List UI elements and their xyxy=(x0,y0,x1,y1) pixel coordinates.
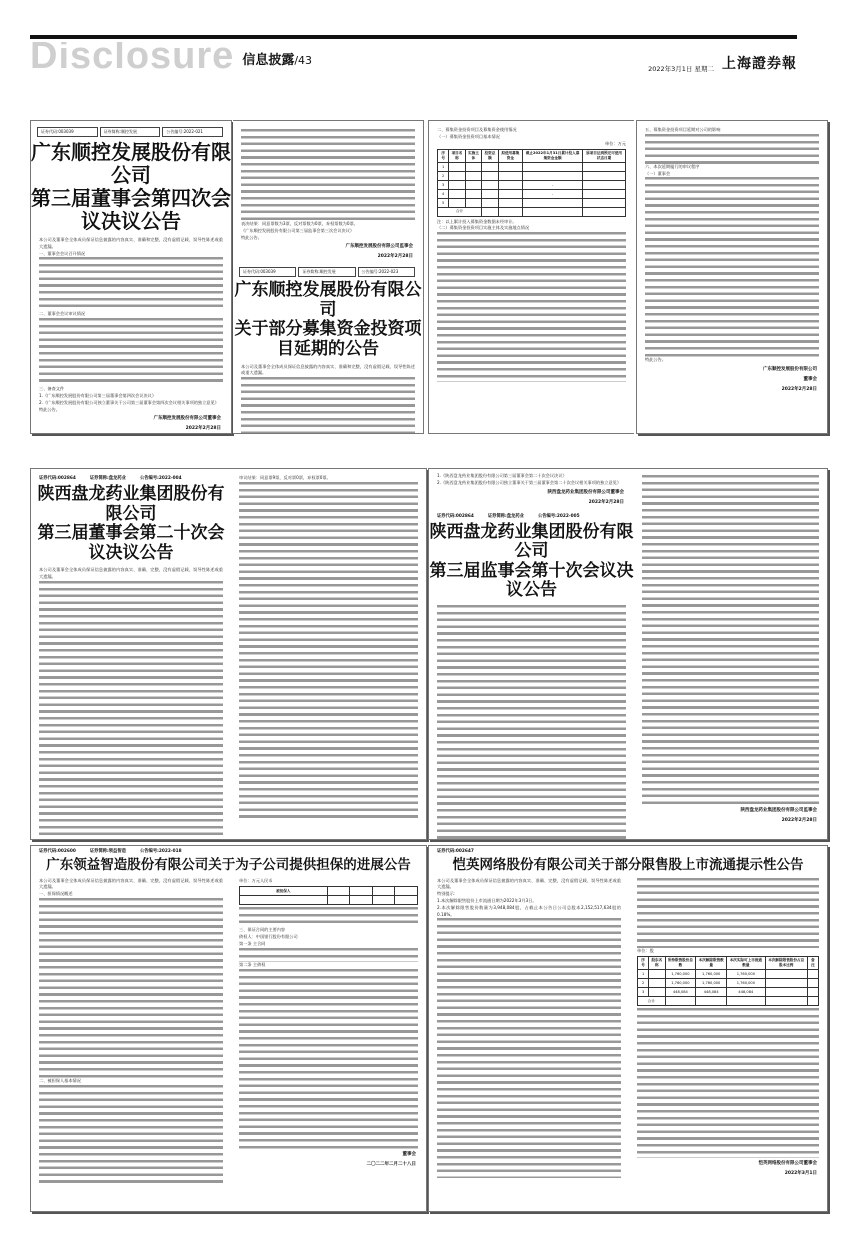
body-text xyxy=(637,1008,819,1158)
table-row: 2 xyxy=(438,171,626,180)
section-heading: 五、募集资金投资项目延期对公司的影响 xyxy=(637,127,827,134)
article-shunkong-board: 证券代码:003039证券简称:顺控发展公告编号:2022-021 广东顺控发展… xyxy=(30,120,232,434)
issue-date: 2022年3月1日 星期二 xyxy=(648,64,714,73)
table-row: 5 xyxy=(438,198,626,207)
body-text xyxy=(645,177,819,357)
headline: 广东领益智造股份有限公司关于为子公司提供担保的进展公告 xyxy=(31,858,426,874)
body-text xyxy=(437,232,626,382)
guarantee-table: 被担保人 xyxy=(239,886,418,905)
clause: 第二条 主债权 xyxy=(231,962,426,969)
article-panlong-board: 证券代码:002864证券简称:盘龙药业公告编号:2022-004 陕西盘龙药业… xyxy=(30,468,427,840)
paper-logo: 上海證券報 xyxy=(722,53,797,73)
headline: 恺英网络股份有限公司关于部分限售股上市流通提示性公告 xyxy=(429,858,827,874)
section-heading: 三、备查文件 xyxy=(31,386,231,393)
signature: 陕西盘龙药业集团股份有限公司监事会 xyxy=(634,805,827,815)
code-line: 证券代码:002864证券简称:盘龙药业公告编号:2022-005 xyxy=(437,513,626,519)
body-text xyxy=(239,907,418,927)
sign-date: 2022年2月28日 xyxy=(31,423,231,433)
creditor: 债权人：中国银行股份有限公司 xyxy=(231,934,426,941)
section-heading: 一、董事会会议召开情况 xyxy=(31,251,231,258)
code-bar: 证券代码:003039证券简称:顺控发展公告编号:2022-021 xyxy=(37,127,225,137)
closing: 特此公告。 xyxy=(233,235,423,242)
table-row xyxy=(240,896,418,905)
article-shunkong-project-table: 二、募集资金投资项目及募集资金使用情况 （一）募集资金投资项目基本情况 单位：万… xyxy=(428,120,634,434)
body-text xyxy=(642,475,819,805)
intro: 本公司及董事会全体成员保证信息披露的内容真实、准确和完整，没有虚假记载、误导性陈… xyxy=(31,237,231,251)
signature: 广东顺控发展股份有限公司监事会 xyxy=(233,241,423,251)
intro: 本公司及董事会全体成员保证信息披露的内容真实、准确和完整，没有虚假记载、误导性陈… xyxy=(233,364,423,378)
table-total-row: 合计 xyxy=(438,207,626,216)
body-text xyxy=(39,898,223,1078)
table-unit: 单位：万元 xyxy=(429,141,634,147)
body-text xyxy=(239,948,418,962)
sign-date: 2022年3月1日 xyxy=(629,1168,827,1178)
article-share-unlock: 证券代码:002647 恺英网络股份有限公司关于部分限售股上市流通提示性公告 本… xyxy=(428,845,828,1212)
sign-date: 2022年2月28日 xyxy=(637,384,827,394)
table-row: 11,760,0001,760,0001,760,000 xyxy=(638,970,819,979)
section-heading: （二）募集资金投资项目实施主体及实施地点情况 xyxy=(429,225,634,232)
table-total-row: 合计 xyxy=(638,997,819,1006)
project-table: 序号项目名称实施主体投资总额拟使用募集资金截止2022年1月31日累计投入募集资… xyxy=(437,149,626,217)
doc-item: 1.《广东顺控发展股份有限公司第三届董事会第四次会议决议》 xyxy=(31,393,231,400)
headline: 陕西盘龙药业集团股份有限公司 第三届董事会第二十次会议决议公告 xyxy=(31,485,231,563)
article-shunkong-project-delay: 表决结果：同意票数为3票，反对票数为0票，弃权票数为0票。 《广东顺控发展股份有… xyxy=(233,120,424,434)
intro: 本公司及董事会全体成员保证信息披露的内容真实、准确、完整，没有虚假记载、误导性陈… xyxy=(31,878,231,892)
table-row: 4- xyxy=(438,189,626,198)
highlight: 2.本次解除限售股份数量为3,948,084股，占截止本公告日公司总股本2,15… xyxy=(429,905,629,919)
signature: 董事会 xyxy=(231,1149,426,1159)
doc-item: 《广东顺控发展股份有限公司第三届监事会第三次会议决议》 xyxy=(233,228,423,235)
vote-result: 表决结果：同意票数为3票，反对票数为0票，弃权票数为0票。 xyxy=(233,221,423,228)
doc-item: 2.《陕西盘龙药业集团股份有限公司独立董事关于第三届董事会第二十次会议相关事项的… xyxy=(429,480,634,487)
doc-item: 2.《广东顺控发展股份有限公司独立董事关于公司第三届董事会第四次会议相关事项的独… xyxy=(31,400,231,407)
section-en-title: Disclosure xyxy=(30,42,234,70)
body-text xyxy=(39,581,223,840)
sign-date: 2022年2月28日 xyxy=(429,497,634,507)
section-heading: （一）募集资金投资项目基本情况 xyxy=(429,134,634,141)
body-text xyxy=(39,257,223,311)
body-text xyxy=(437,605,626,840)
article-guarantee-progress: 证券代码:002600证券简称:领益智造公告编号:2022-018 广东领益智造… xyxy=(30,845,427,1212)
table-row: 1 xyxy=(438,162,626,171)
body-text xyxy=(645,134,819,164)
body-text xyxy=(637,878,819,948)
section-heading: 六、本次延期履行的审议程序 xyxy=(637,164,827,171)
section-heading: 一、担保情况概述 xyxy=(31,891,231,898)
body-text xyxy=(239,969,418,1149)
signature: 广东顺控发展股份有限公司董事会 xyxy=(31,413,231,423)
code-bar: 证券代码:003039证券简称:顺控发展公告编号:2022-023 xyxy=(239,267,417,277)
headline: 广东顺控发展股份有限公司 关于部分募集资金投资项目延期的公告 xyxy=(233,281,423,359)
sign-date: 2022年2月28日 xyxy=(233,251,423,261)
masthead-right: 2022年3月1日 星期二 上海證券報 xyxy=(648,53,797,73)
signature: 恺英网络股份有限公司董事会 xyxy=(629,1158,827,1168)
highlight: 特别提示： xyxy=(429,891,629,898)
unlock-table: 序号股东名称所持限售股份总数本次解除限售数量本次实际可上市流通数量本次解除限售股… xyxy=(637,956,819,1006)
code-line: 证券代码:002647 xyxy=(437,848,819,854)
closing: 特此公告。 xyxy=(637,357,827,364)
section-heading: 二、董事会会议审议情况 xyxy=(31,311,231,318)
table-unit: 单位：万元人民币 xyxy=(231,878,426,885)
body-text xyxy=(241,129,415,221)
body-text xyxy=(241,377,415,434)
headline: 陕西盘龙药业集团股份有限公司 第三届监事会第十次会议决议公告 xyxy=(429,523,634,601)
sign-date: 二〇二二年二月二十八日 xyxy=(231,1159,426,1169)
signature: 陕西盘龙药业集团股份有限公司董事会 xyxy=(429,487,634,497)
masthead-rule xyxy=(30,35,797,39)
headline: 广东顺控发展股份有限公司 第三届董事会第四次会议决议公告 xyxy=(31,141,231,233)
masthead-left: Disclosure 信息披露/43 xyxy=(30,42,312,70)
vote-result: 审议结果：同意票9票，反对票0票，弃权票0票。 xyxy=(231,475,426,482)
doc-item: 1.《陕西盘龙药业集团股份有限公司第三届董事会第二十次会议决议》 xyxy=(429,473,634,480)
article-shunkong-project-cont: 五、募集资金投资项目延期对公司的影响 六、本次延期履行的审议程序 （一）董事会 … xyxy=(636,120,828,434)
table-row: 21,760,0001,760,0001,760,000 xyxy=(638,979,819,988)
article-panlong-supervisory: 1.《陕西盘龙药业集团股份有限公司第三届董事会第二十次会议决议》 2.《陕西盘龙… xyxy=(428,468,828,840)
section-heading: 二、募集资金投资项目及募集资金使用情况 xyxy=(429,127,634,134)
intro: 本公司及董事会全体成员保证信息披露的内容真实、准确、完整，没有虚假记载、误导性陈… xyxy=(429,878,629,892)
code-line: 证券代码:002600证券简称:领益智造公告编号:2022-018 xyxy=(39,848,418,854)
sign-date: 2022年2月28日 xyxy=(634,815,827,825)
section-cn-title: 信息披露/43 xyxy=(242,49,312,68)
body-text xyxy=(39,318,223,386)
section-heading: （一）董事会 xyxy=(637,171,827,178)
section-heading: 二、被担保人基本情况 xyxy=(31,1078,231,1085)
body-text xyxy=(437,918,621,1178)
intro: 本公司及董事会全体成员保证信息披露的内容真实、准确、完整，没有虚假记载、误导性陈… xyxy=(31,567,231,581)
closing: 特此公告。 xyxy=(31,407,231,414)
highlight: 1.本次解除限售股份上市流通日期为2022年3月3日。 xyxy=(429,898,629,905)
table-row: 3- xyxy=(438,180,626,189)
signature-board: 董事会 xyxy=(637,374,827,384)
page-number: /43 xyxy=(294,54,312,67)
clause: 第一条 主合同 xyxy=(231,941,426,948)
signature: 广东顺控发展股份有限公司 xyxy=(637,364,827,374)
code-line: 证券代码:002864证券简称:盘龙药业公告编号:2022-004 xyxy=(39,475,223,481)
body-text xyxy=(239,482,418,822)
table-unit: 单位：股 xyxy=(629,948,827,955)
body-text xyxy=(39,1085,223,1185)
table-row: 3448,084448,084448,084 xyxy=(638,988,819,997)
